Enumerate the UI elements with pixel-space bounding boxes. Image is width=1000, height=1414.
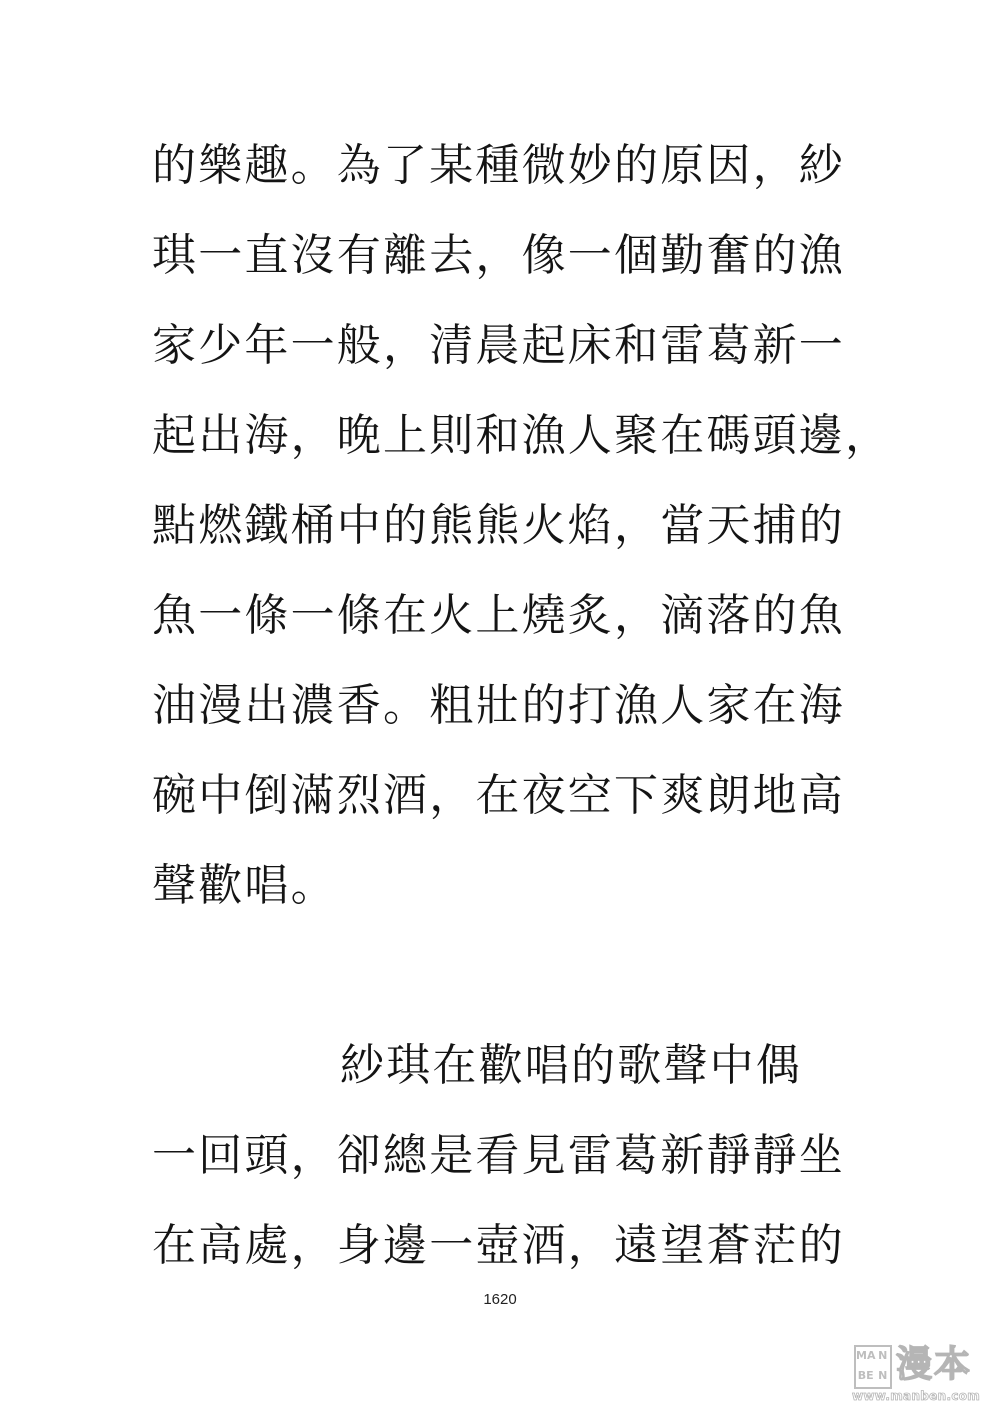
logo-letters: N [875, 1347, 890, 1367]
paragraph-gap [152, 944, 852, 1034]
logo-letters: MA [856, 1347, 875, 1367]
book-page: 的樂趣。為了某種微妙的原因，紗 琪一直沒有離去，像一個勤奮的漁 家少年一般，清晨… [0, 0, 1000, 1414]
watermark-url: www.manben.com [852, 1389, 992, 1403]
text-line-indented: 紗琪在歡唱的歌聲中偶 [152, 1034, 852, 1124]
text-line: 起出海，晚上則和漁人聚在碼頭邊， [152, 404, 852, 494]
manben-logo-icon: MA N BE N [854, 1345, 892, 1389]
watermark-logo: MA N BE N 漫本 www.manben.com [852, 1343, 992, 1407]
text-line: 點燃鐵桶中的熊熊火焰，當天捕的 [152, 494, 852, 584]
text-line: 碗中倒滿烈酒，在夜空下爽朗地高 [152, 764, 852, 854]
body-text: 的樂趣。為了某種微妙的原因，紗 琪一直沒有離去，像一個勤奮的漁 家少年一般，清晨… [152, 134, 852, 1304]
page-number: 1620 [0, 1291, 1000, 1308]
text-line: 魚一條一條在火上燒炙，滴落的魚 [152, 584, 852, 674]
logo-letters: BE [856, 1367, 875, 1387]
text-line: 聲歡唱。 [152, 854, 852, 944]
text-line: 家少年一般，清晨起床和雷葛新一 [152, 314, 852, 404]
text-line: 油漫出濃香。粗壯的打漁人家在海 [152, 674, 852, 764]
text-line: 琪一直沒有離去，像一個勤奮的漁 [152, 224, 852, 314]
text-line: 的樂趣。為了某種微妙的原因，紗 [152, 134, 852, 224]
logo-letters: N [875, 1367, 890, 1387]
watermark-title: 漫本 [896, 1343, 972, 1387]
text-line: 一回頭，卻總是看見雷葛新靜靜坐 [152, 1124, 852, 1214]
